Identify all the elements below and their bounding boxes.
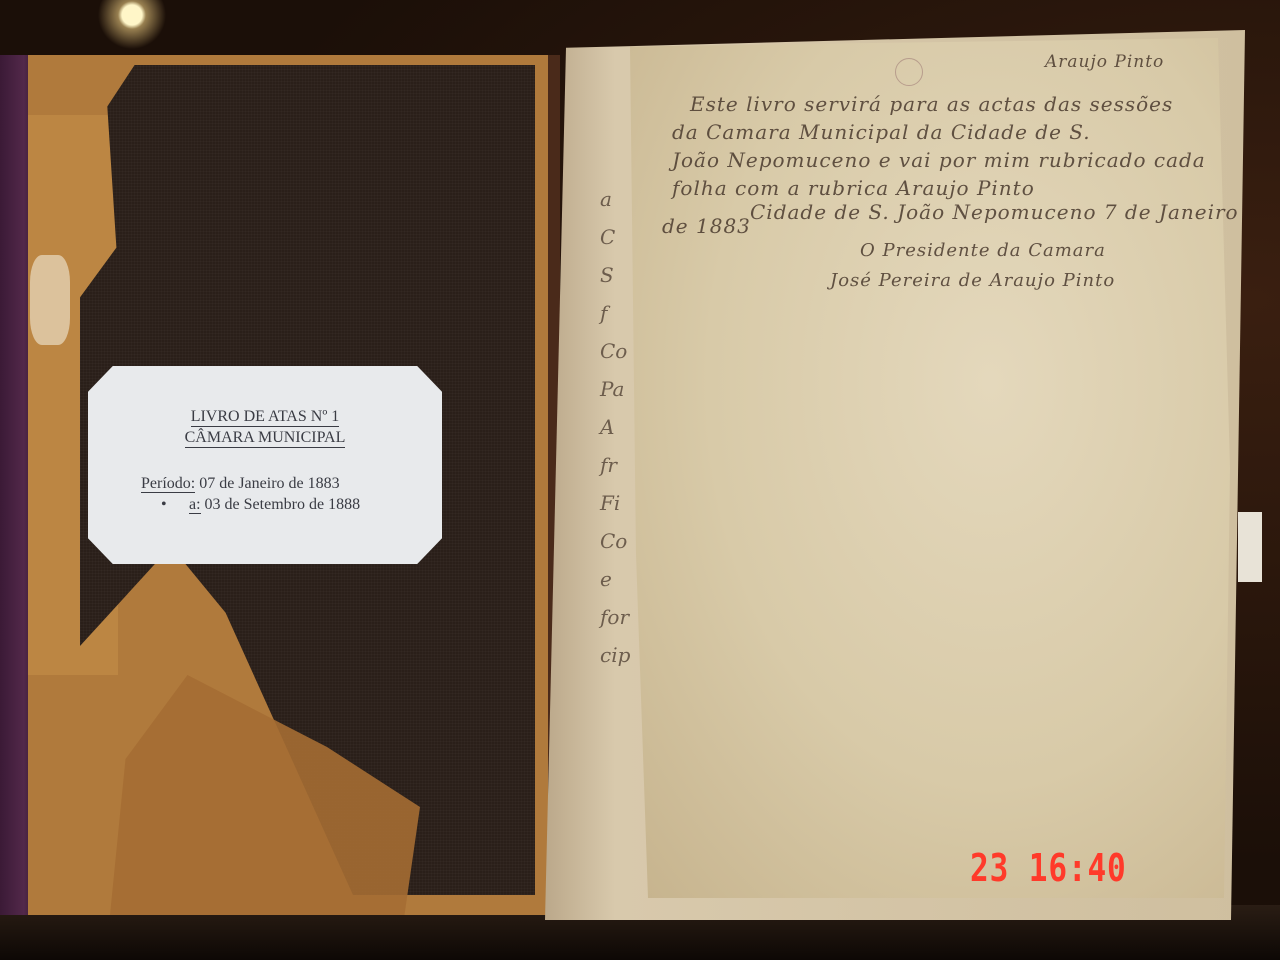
signature-line: José Pereira de Araujo Pinto (830, 270, 1115, 291)
cover-label: LIVRO DE ATAS Nº 1 CÂMARA MUNICIPAL Perí… (88, 366, 442, 564)
page-number-circle (895, 58, 923, 86)
margin-letter: fr (600, 446, 640, 484)
text-line: O Presidente da Camara (860, 240, 1106, 261)
margin-letter: Fi (600, 484, 640, 522)
text-line: folha com a rubrica Araujo Pinto (672, 176, 1035, 200)
text-line: João Nepomuceno e vai por mim rubricado … (672, 148, 1206, 172)
period-end-label: a: (189, 496, 201, 514)
margin-letter: e (600, 560, 640, 598)
text-line: da Camara Municipal da Cidade de S. (672, 120, 1091, 144)
text-line: Este livro servirá para as actas das ses… (690, 92, 1173, 116)
margin-letter: for (600, 598, 640, 636)
period-label: Período: (141, 475, 195, 493)
margin-letter: Co (600, 522, 640, 560)
margin-letter: A (600, 408, 640, 446)
worn-area (30, 255, 70, 345)
page-tab-marker (1238, 512, 1262, 582)
period-end: 03 de Setembro de 1888 (205, 496, 361, 513)
label-period: Período: 07 de Janeiro de 1883 •a: 03 de… (141, 473, 360, 515)
label-title-line1: LIVRO DE ATAS Nº 1 (191, 408, 340, 427)
photo-scene: LIVRO DE ATAS Nº 1 CÂMARA MUNICIPAL Perí… (0, 0, 1280, 960)
label-title: LIVRO DE ATAS Nº 1 CÂMARA MUNICIPAL (88, 406, 442, 448)
header-signature: Araujo Pinto (1045, 52, 1164, 72)
bullet: • (141, 494, 183, 515)
text-line: de 1883 (662, 214, 751, 238)
camera-timestamp: 23 16:40 (970, 846, 1127, 890)
period-start: 07 de Janeiro de 1883 (199, 475, 339, 492)
text-line: Cidade de S. João Nepomuceno 7 de Janeir… (750, 200, 1239, 224)
margin-letter: cip (600, 636, 640, 674)
label-title-line2: CÂMARA MUNICIPAL (185, 429, 346, 448)
